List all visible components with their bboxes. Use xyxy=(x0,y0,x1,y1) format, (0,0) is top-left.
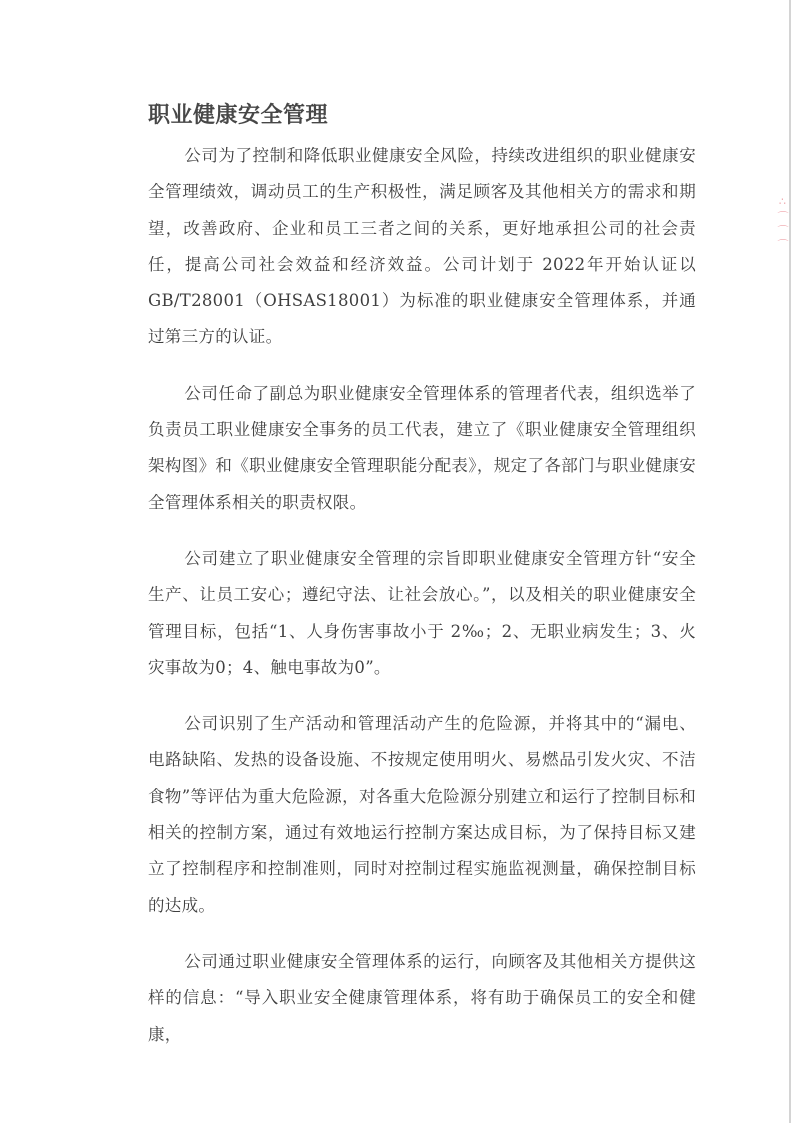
paragraph-policy-objectives: 公司建立了职业健康安全管理的宗旨即职业健康安全管理方针“安全生产、让员工安心；遵… xyxy=(148,541,696,686)
section-title: 职业健康安全管理 xyxy=(148,98,696,134)
paragraph-stakeholder-info: 公司通过职业健康安全管理体系的运行，向顾客及其他相关方提供这样的信息：“导入职业… xyxy=(148,944,696,1053)
paragraph-certification-plan: 公司为了控制和降低职业健康安全风险，持续改进组织的职业健康安全管理绩效，调动员工… xyxy=(148,138,696,356)
document-page: 职业健康安全管理 公司为了控制和降低职业健康安全风险，持续改进组织的职业健康安全… xyxy=(0,0,794,1123)
page-edge-line xyxy=(789,0,791,1123)
document-body: 职业健康安全管理 公司为了控制和降低职业健康安全风险，持续改进组织的职业健康安全… xyxy=(148,98,696,1073)
paragraph-hazard-identification: 公司识别了生产活动和管理活动产生的危险源，并将其中的“漏电、电路缺陷、发热的设备… xyxy=(148,706,696,924)
seal-stamp-fragment: ∴⌒⌒⌒ xyxy=(776,195,790,345)
paragraph-management-representative: 公司任命了副总为职业健康安全管理体系的管理者代表，组织选举了负责员工职业健康安全… xyxy=(148,376,696,521)
